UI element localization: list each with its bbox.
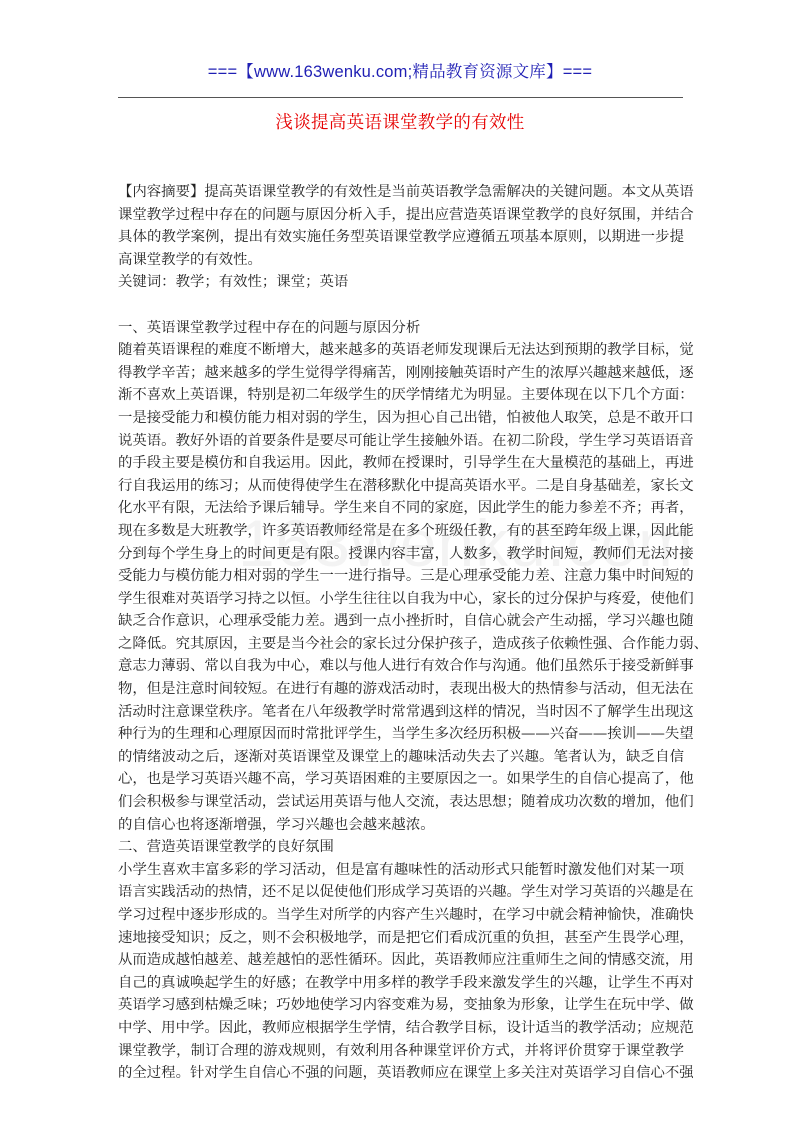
abstract-line: 具体的教学案例，提出有效实施任务型英语课堂教学应遵循五项基本原则，以期进一步提 (118, 226, 684, 249)
section-2: 二、营造英语课堂教学的良好氛围 小学生喜欢丰富多彩的学习活动，但是富有趣味性的活… (118, 836, 684, 1085)
abstract-line: 【内容摘要】提高英语课堂教学的有效性是当前英语教学急需解决的关键问题。本文从英语 (118, 181, 684, 204)
paragraph-line: 学习过程中逐步形成的。当学生对所学的内容产生兴趣时，在学习中就会精神愉快，准确快 (118, 904, 684, 927)
paragraph-line: 的自信心也将逐渐增强，学习兴趣也会越来越浓。 (118, 814, 684, 837)
paragraph-line: 的手段主要是模仿和自我运用。因此，教师在授课时，引导学生在大量模范的基础上，再进 (118, 452, 684, 475)
section-1: 一、英语课堂教学过程中存在的问题与原因分析 随着英语课程的难度不断增大，越来越多… (118, 317, 684, 837)
site-banner: ===【www.163wenku.com;精品教育资源文库】=== (0, 58, 800, 82)
abstract-line: 课堂教学过程中存在的问题与原因分析入手，提出应营造英语课堂教学的良好氛围，并结合 (118, 204, 684, 227)
document-title: 浅谈提高英语课堂教学的有效性 (0, 109, 800, 134)
paragraph-line: 速地接受知识；反之，则不会积极地学，而是把它们看成沉重的负担，甚至产生畏学心理， (118, 927, 684, 950)
header-divider (118, 97, 683, 98)
paragraph-line: 种行为的生理和心理原因而时常批评学生，当学生多次经历积极——兴奋——挨训——失望 (118, 723, 684, 746)
paragraph-line: 一是接受能力和模仿能力相对弱的学生，因为担心自己出错，怕被他人取笑，总是不敢开口 (118, 407, 684, 430)
paragraph-line: 得教学辛苦；越来越多的学生觉得学得痛苦，刚刚接触英语时产生的浓厚兴趣越来越低，逐 (118, 362, 684, 385)
paragraph-line: 行自我运用的练习；从而使得使学生在潜移默化中提高英语水平。二是自身基础差，家长文 (118, 475, 684, 498)
paragraph-line: 随着英语课程的难度不断增大，越来越多的英语老师发现课后无法达到预期的教学目标，觉 (118, 339, 684, 362)
abstract-line: 高课堂教学的有效性。 (118, 249, 684, 272)
paragraph-line: 之降低。究其原因，主要是当今社会的家长过分保护孩子，造成孩子依赖性强、合作能力弱… (118, 633, 684, 656)
abstract: 【内容摘要】提高英语课堂教学的有效性是当前英语教学急需解决的关键问题。本文从英语… (118, 181, 684, 271)
paragraph-line: 化水平有限，无法给予课后辅导。学生来自不同的家庭，因此学生的能力参差不齐；再者， (118, 497, 684, 520)
paragraph-line: 们会积极参与课堂活动，尝试运用英语与他人交流，表达思想；随着成功次数的增加，他们 (118, 791, 684, 814)
keywords: 关键词：教学；有效性；课堂；英语 (118, 271, 684, 294)
paragraph-line: 活动时注意课堂秩序。笔者在八年级教学时常常遇到这样的情况，当时因不了解学生出现这 (118, 701, 684, 724)
document-body: 【内容摘要】提高英语课堂教学的有效性是当前英语教学急需解决的关键问题。本文从英语… (118, 181, 684, 1085)
paragraph-line: 语言实践活动的热情，还不足以促使他们形成学习英语的兴趣。学生对学习英语的兴趣是在 (118, 881, 684, 904)
paragraph-line: 学生很难对英语学习持之以恒。小学生往往以自我为中心，家长的过分保护与疼爱，使他们 (118, 588, 684, 611)
paragraph-line: 的情绪波动之后，逐渐对英语课堂及课堂上的趣味活动失去了兴趣。笔者认为，缺乏自信 (118, 746, 684, 769)
paragraph-line: 心，也是学习英语兴趣不高，学习英语困难的主要原因之一。如果学生的自信心提高了，他 (118, 768, 684, 791)
paragraph-line: 从而造成越怕越差、越差越怕的恶性循环。因此，英语教师应注重师生之间的情感交流，用 (118, 949, 684, 972)
paragraph-line: 物，但是注意时间较短。在进行有趣的游戏活动时，表现出极大的热情参与活动，但无法在 (118, 678, 684, 701)
section-heading: 一、英语课堂教学过程中存在的问题与原因分析 (118, 317, 684, 340)
paragraph-line: 的全过程。针对学生自信心不强的问题，英语教师应在课堂上多关注对英语学习自信心不强 (118, 1062, 684, 1085)
paragraph-line: 自己的真诚唤起学生的好感；在教学中用多样的教学手段来激发学生的兴趣，让学生不再对 (118, 972, 684, 995)
paragraph-line: 课堂教学，制订合理的游戏规则，有效利用各种课堂评价方式，并将评价贯穿于课堂教学 (118, 1040, 684, 1063)
paragraph-line: 小学生喜欢丰富多彩的学习活动，但是富有趣味性的活动形式只能暂时激发他们对某一项 (118, 859, 684, 882)
paragraph-line: 意志力薄弱、常以自我为中心，难以与他人进行有效合作与沟通。他们虽然乐于接受新鲜事 (118, 655, 684, 678)
section-heading: 二、营造英语课堂教学的良好氛围 (118, 836, 684, 859)
paragraph-line: 说英语。教好外语的首要条件是要尽可能让学生接触外语。在初二阶段，学生学习英语语音 (118, 430, 684, 453)
paragraph-line: 分到每个学生身上的时间更是有限。授课内容丰富，人数多，教学时间短，教师们无法对接 (118, 543, 684, 566)
paragraph-line: 英语学习感到枯燥乏味；巧妙地使学习内容变难为易，变抽象为形象，让学生在玩中学、做 (118, 994, 684, 1017)
paragraph-line: 渐不喜欢上英语课，特别是初二年级学生的厌学情绪尤为明显。主要体现在以下几个方面： (118, 384, 684, 407)
paragraph-line: 受能力与模仿能力相对弱的学生一一进行指导。三是心理承受能力差、注意力集中时间短的 (118, 565, 684, 588)
document-page: ===【www.163wenku.com;精品教育资源文库】=== 浅谈提高英语… (0, 0, 800, 1132)
spacer (118, 294, 684, 317)
paragraph-line: 缺乏合作意识，心理承受能力差。遇到一点小挫折时，自信心就会产生动摇，学习兴趣也随 (118, 610, 684, 633)
paragraph-line: 现在多数是大班教学，许多英语教师经常是在多个班级任教，有的甚至跨年级上课，因此能 (118, 520, 684, 543)
paragraph-line: 中学、用中学。因此，教师应根据学生学情，结合教学目标，设计适当的教学活动；应规范 (118, 1017, 684, 1040)
